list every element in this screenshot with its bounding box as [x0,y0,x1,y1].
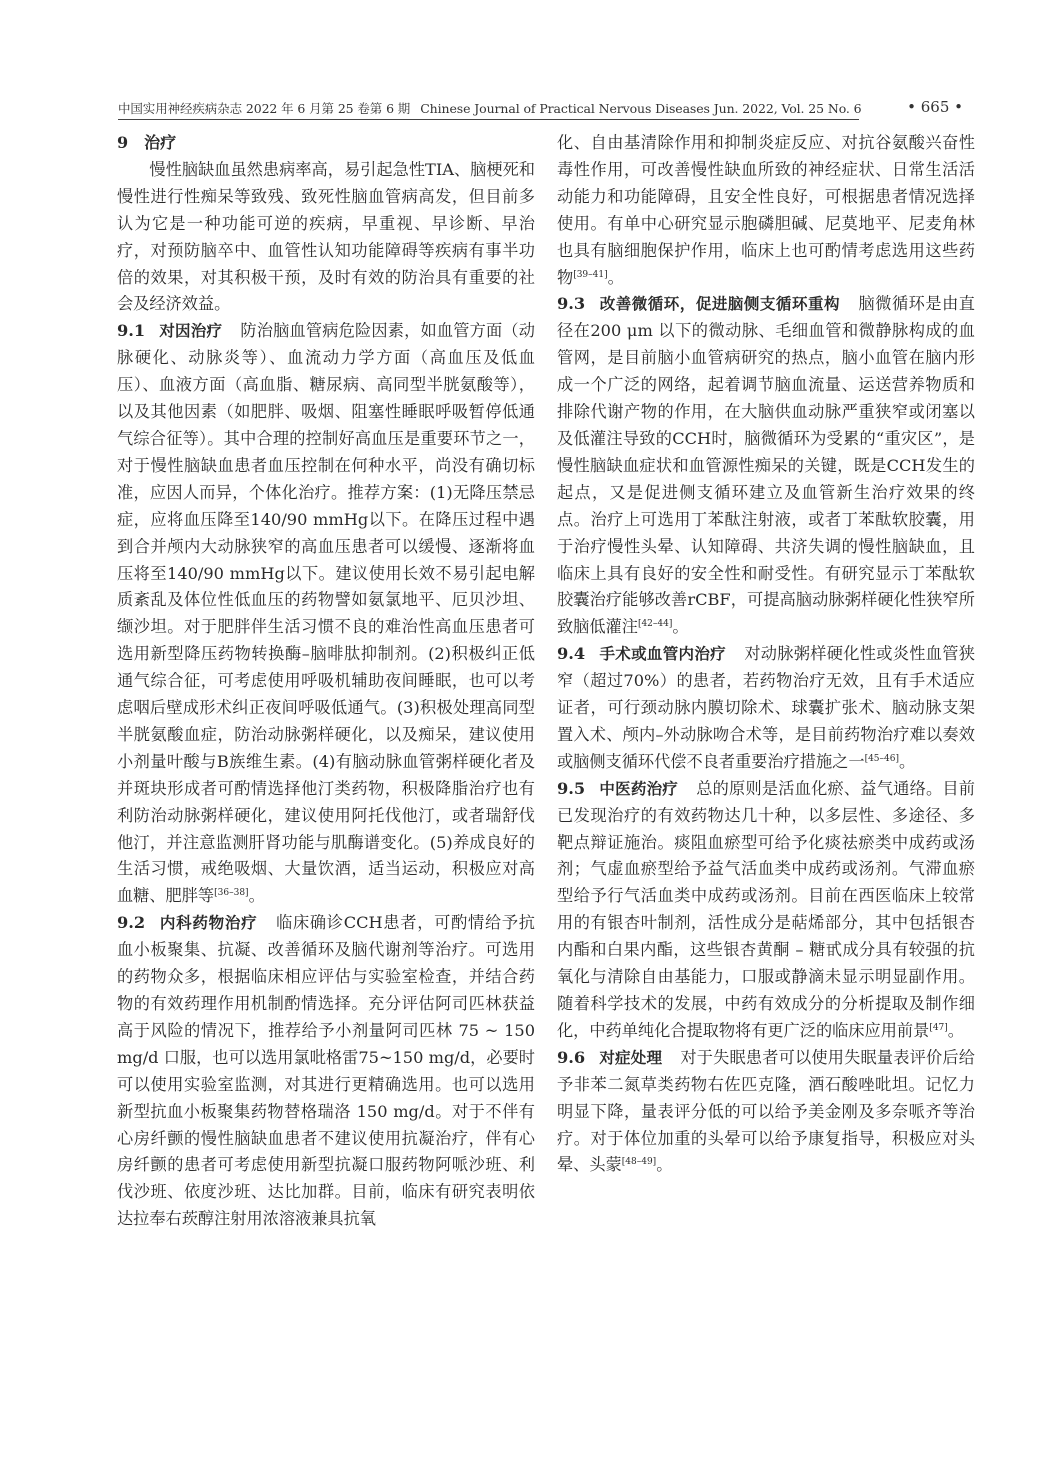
subsection-number: 9.4 [557,644,585,663]
subsection-title: 手术或血管内治疗 [599,645,726,663]
journal-name-en: Chinese Journal of Practical Nervous Dis… [420,101,861,116]
section-heading: 9治疗 [117,130,535,157]
period: 。 [608,268,624,287]
citation-ref[interactable]: [42–44] [638,619,672,629]
subsection-title: 改善微循环，促进脑侧支循环重构 [599,295,840,313]
right-column: 化、自由基清除作用和抑制炎症反应、对抗谷氨酸兴奋性毒性作用，可改善慢性缺血所致的… [557,130,975,1179]
journal-name-cn: 中国实用神经疾病杂志 2022 年 6 月第 25 卷第 6 期 [118,101,410,116]
left-column: 9治疗 慢性脑缺血虽然患病率高，易引起急性TIA、脑梗死和慢性进行性痴呆等致残、… [117,130,535,1233]
subsection-title: 中医药治疗 [599,780,678,798]
period: 。 [656,1155,672,1174]
period: 。 [948,1021,964,1040]
period: 。 [672,617,688,636]
subsection-body-part-1: 临床确诊CCH患者，可酌情给予抗血小板聚集、抗凝、改善循环及脑代谢剂等治疗。可选… [117,913,535,1228]
subsection-body: 总的原则是活血化瘀、益气通络。目前已发现治疗的有效药物达几十种，以多层性、多途径… [557,779,975,1040]
subsection-9-4: 9.4手术或血管内治疗对动脉粥样硬化性或炎性血管狭窄（超过70%）的患者，若药物… [557,641,975,776]
subsection-9-2: 9.2内科药物治疗临床确诊CCH患者，可酌情给予抗血小板聚集、抗凝、改善循环及脑… [117,910,535,1233]
subsection-number: 9.6 [557,1048,585,1067]
section-number: 9 [117,133,128,152]
citation-ref[interactable]: [39–41] [573,270,607,280]
page-number: • 665 • [907,98,963,116]
running-head: 中国实用神经疾病杂志 2022 年 6 月第 25 卷第 6 期Chinese … [118,99,963,121]
subsection-9-2-continued: 化、自由基清除作用和抑制炎症反应、对抗谷氨酸兴奋性毒性作用，可改善慢性缺血所致的… [557,130,975,291]
subsection-title: 对症处理 [599,1049,662,1067]
subsection-title: 内科药物治疗 [159,914,257,932]
journal-citation: 中国实用神经疾病杂志 2022 年 6 月第 25 卷第 6 期Chinese … [118,99,859,120]
subsection-9-3: 9.3改善微循环，促进脑侧支循环重构脑微循环是由直径在200 μm 以下的微动脉… [557,291,975,641]
subsection-body: 防治脑血管病危险因素，如血管方面（动脉硬化、动脉炎等）、血流动力学方面（高血压及… [117,321,535,905]
subsection-number: 9.3 [557,294,585,313]
section-intro: 慢性脑缺血虽然患病率高，易引起急性TIA、脑梗死和慢性进行性痴呆等致残、致死性脑… [117,157,535,318]
subsection-9-5: 9.5中医药治疗总的原则是活血化瘀、益气通络。目前已发现治疗的有效药物达几十种，… [557,776,975,1045]
citation-ref[interactable]: [36–38] [214,888,248,898]
period: 。 [899,752,915,771]
subsection-body-part-2: 化、自由基清除作用和抑制炎症反应、对抗谷氨酸兴奋性毒性作用，可改善慢性缺血所致的… [557,133,975,287]
subsection-body: 脑微循环是由直径在200 μm 以下的微动脉、毛细血管和微静脉构成的血管网，是目… [557,294,975,636]
citation-ref[interactable]: [45–46] [865,754,899,764]
subsection-number: 9.2 [117,913,145,932]
subsection-title: 对因治疗 [159,322,222,340]
period: 。 [249,886,265,905]
subsection-9-6: 9.6对症处理对于失眠患者可以使用失眠量表评价后给予非苯二氮草类药物右佐匹克隆，… [557,1045,975,1180]
subsection-9-1: 9.1对因治疗防治脑血管病危险因素，如血管方面（动脉硬化、动脉炎等）、血流动力学… [117,318,535,910]
subsection-number: 9.1 [117,321,145,340]
citation-ref[interactable]: [47] [929,1023,947,1033]
citation-ref[interactable]: [48–49] [622,1157,656,1167]
section-title: 治疗 [144,133,176,152]
subsection-number: 9.5 [557,779,585,798]
